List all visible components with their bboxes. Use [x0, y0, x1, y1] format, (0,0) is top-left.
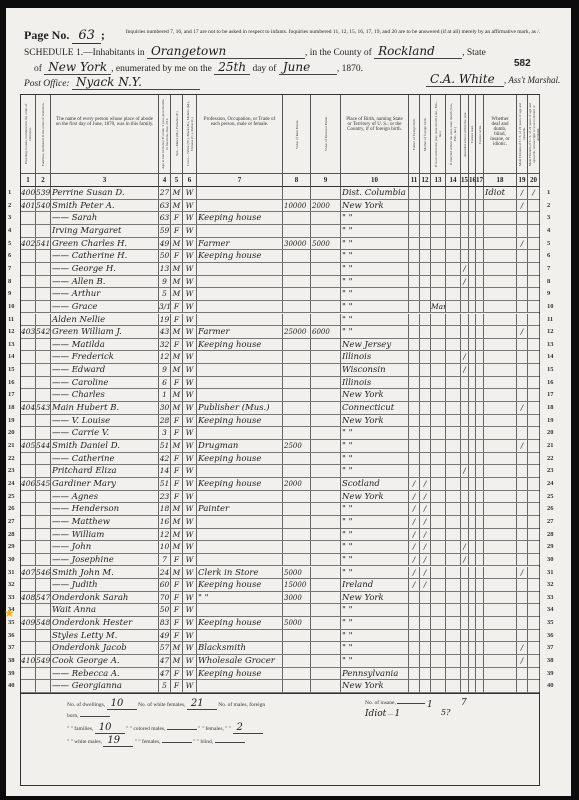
- cell-name: —— Catherine H.: [51, 250, 159, 262]
- cell-c16: [469, 642, 476, 654]
- cell-c16: [469, 238, 476, 250]
- cell-c11: [409, 225, 420, 237]
- marshal-line: C.A. White, Ass't Marshal.: [426, 72, 560, 87]
- cell-c17: [476, 554, 484, 566]
- cell-c14: [446, 440, 461, 452]
- cell-age: 12: [159, 351, 171, 363]
- state-value: New York: [44, 60, 111, 75]
- cell-dwelling: [21, 415, 36, 427]
- cell-c14: [446, 516, 461, 528]
- cell-c13: [431, 579, 446, 591]
- cell-dwelling: [21, 529, 36, 541]
- cell-c18: [484, 351, 517, 363]
- cell-c13: [431, 655, 446, 667]
- cell-c11: [409, 642, 420, 654]
- cell-c15: [461, 604, 469, 616]
- cell-c13: [431, 503, 446, 515]
- cell-c13: [431, 225, 446, 237]
- cell-c11: /: [409, 567, 420, 579]
- column-header-10: Place of Birth, naming State or Territor…: [341, 95, 409, 173]
- cell-sex: F: [171, 377, 183, 389]
- cell-real: 5000: [283, 567, 311, 579]
- table-row: 5402541Green Charles H.49MWFarmer3000050…: [21, 238, 539, 251]
- cell-c19: [517, 630, 528, 642]
- cell-c18: [484, 263, 517, 275]
- cell-dwelling: [21, 516, 36, 528]
- cell-family: 541: [36, 238, 51, 250]
- cell-sex: M: [171, 187, 183, 199]
- cell-occupation: Keeping house: [197, 478, 283, 490]
- cell-c13: [431, 478, 446, 490]
- cell-color: W: [183, 529, 197, 541]
- table-row: 34Wait Anna50FW" "34: [21, 604, 539, 617]
- cell-c11: [409, 351, 420, 363]
- cell-family: [36, 554, 51, 566]
- cell-age: 5: [159, 288, 171, 300]
- cell-c18: [484, 617, 517, 629]
- line-number-right: 39: [547, 668, 554, 680]
- cell-birth: " ": [341, 617, 409, 629]
- cell-real: 3000: [283, 592, 311, 604]
- line-number-left: 24: [8, 478, 15, 490]
- cell-sex: F: [171, 339, 183, 351]
- families-value: 10: [95, 722, 125, 734]
- cell-family: [36, 301, 51, 313]
- table-row: 6—— Catherine H.50FWKeeping house" "6: [21, 250, 539, 263]
- cell-age: 13: [159, 263, 171, 275]
- cell-c19: [517, 377, 528, 389]
- cell-family: [36, 263, 51, 275]
- cell-age: 83: [159, 617, 171, 629]
- line-number-right: 40: [547, 680, 554, 692]
- cell-c20: [528, 238, 540, 250]
- post-office-value: Nyack N.Y.: [72, 75, 200, 90]
- cell-real: [283, 680, 311, 692]
- cell-dwelling: [21, 630, 36, 642]
- line-number-left: 22: [8, 453, 15, 465]
- cell-c13: [431, 453, 446, 465]
- white-males-label: " " white males,: [67, 739, 102, 745]
- cell-family: [36, 377, 51, 389]
- cell-age: 42: [159, 453, 171, 465]
- cell-sex: F: [171, 453, 183, 465]
- cell-birth: " ": [341, 453, 409, 465]
- cell-c16: [469, 541, 476, 553]
- cell-c17: [476, 250, 484, 262]
- cell-c20: [528, 465, 540, 477]
- cell-dwelling: [21, 427, 36, 439]
- column-header-14: If married within the year, state month …: [446, 95, 461, 173]
- cell-c14: [446, 503, 461, 515]
- cell-personal: [311, 351, 341, 363]
- cell-sex: F: [171, 579, 183, 591]
- cell-c14: [446, 680, 461, 692]
- cell-real: [283, 491, 311, 503]
- cell-occupation: [197, 529, 283, 541]
- census-table: Dwelling-houses, numbered in the order o…: [20, 94, 540, 786]
- cell-c17: [476, 364, 484, 376]
- line-number-left: 1: [8, 187, 11, 199]
- column-header-label: Value of Personal Estate.: [324, 99, 328, 169]
- cell-real: 2000: [283, 478, 311, 490]
- table-row: 26—— Henderson18MWPainter" "//26: [21, 503, 539, 516]
- cell-color: W: [183, 541, 197, 553]
- cell-sex: M: [171, 567, 183, 579]
- cell-age: 23: [159, 491, 171, 503]
- cell-c20: [528, 655, 540, 667]
- cell-occupation: [197, 364, 283, 376]
- table-row: 21405544Smith Daniel D.51MWDrugman2500" …: [21, 440, 539, 453]
- column-number-19: 19: [517, 173, 528, 187]
- table-row: 23Pritchard Eliza14FW" "/23: [21, 465, 539, 478]
- cell-c14: [446, 276, 461, 288]
- cell-c20: [528, 314, 540, 326]
- table-row: 27—— Matthew16MW" "//27: [21, 516, 539, 529]
- cell-c20: [528, 212, 540, 224]
- cell-c18: [484, 465, 517, 477]
- cell-c18: [484, 238, 517, 250]
- line-number-left: 26: [8, 503, 15, 515]
- cell-c15: [461, 567, 469, 579]
- cell-personal: [311, 567, 341, 579]
- cell-real: [283, 225, 311, 237]
- cell-family: [36, 604, 51, 616]
- cell-real: [283, 415, 311, 427]
- cell-c14: [446, 465, 461, 477]
- cell-age: 3: [159, 427, 171, 439]
- cell-occupation: [197, 491, 283, 503]
- line-number-right: 2: [547, 200, 550, 212]
- cell-personal: [311, 263, 341, 275]
- colored-males-label: " " colored males,: [126, 726, 165, 732]
- line-number-right: 25: [547, 491, 554, 503]
- cell-c20: [528, 276, 540, 288]
- line-number-right: 8: [547, 276, 550, 288]
- county-label: , in the County of: [305, 48, 372, 58]
- cell-occupation: Publisher (Mus.): [197, 402, 283, 414]
- cell-c18: [484, 415, 517, 427]
- cell-family: [36, 212, 51, 224]
- cell-color: W: [183, 339, 197, 351]
- cell-c15: /: [461, 263, 469, 275]
- cell-color: W: [183, 301, 197, 313]
- cell-real: [283, 339, 311, 351]
- cell-sex: F: [171, 668, 183, 680]
- cell-family: 546: [36, 567, 51, 579]
- cell-c12: [420, 668, 431, 680]
- cell-c11: [409, 630, 420, 642]
- cell-personal: [311, 339, 341, 351]
- cell-c14: [446, 250, 461, 262]
- cell-sex: M: [171, 402, 183, 414]
- cell-name: Green William J.: [51, 326, 159, 338]
- cell-c11: /: [409, 516, 420, 528]
- column-header-label: Whether deaf and dumb, blind, insane, or…: [484, 117, 516, 147]
- cell-real: [283, 541, 311, 553]
- cell-c20: [528, 503, 540, 515]
- cell-family: [36, 516, 51, 528]
- column-header-label: Place of Birth, naming State or Territor…: [341, 117, 408, 132]
- cell-personal: [311, 465, 341, 477]
- cell-c19: /: [517, 326, 528, 338]
- cell-color: W: [183, 478, 197, 490]
- cell-real: [283, 212, 311, 224]
- cell-family: 548: [36, 617, 51, 629]
- cell-c11: [409, 440, 420, 452]
- cell-c11: [409, 389, 420, 401]
- cell-color: W: [183, 377, 197, 389]
- cell-name: —— Matilda: [51, 339, 159, 351]
- dwellings-value: 10: [107, 698, 137, 710]
- cell-birth: Pennsylvania: [341, 668, 409, 680]
- cell-c19: [517, 339, 528, 351]
- column-number-1: 1: [21, 173, 36, 187]
- cell-c13: [431, 630, 446, 642]
- column-number-5: 5: [171, 173, 183, 187]
- cell-c16: [469, 630, 476, 642]
- cell-sex: F: [171, 617, 183, 629]
- table-row: 38410549Cook George A.47MWWholesale Groc…: [21, 655, 539, 668]
- line-number-right: 16: [547, 377, 554, 389]
- cell-occupation: Drugman: [197, 440, 283, 452]
- cell-c14: [446, 314, 461, 326]
- cell-c15: [461, 630, 469, 642]
- cell-age: 47: [159, 655, 171, 667]
- cell-c15: [461, 516, 469, 528]
- cell-color: W: [183, 389, 197, 401]
- column-header-label: Families, numbered in the order of visit…: [41, 99, 45, 169]
- cell-c16: [469, 617, 476, 629]
- cell-name: Wait Anna: [51, 604, 159, 616]
- column-header-label: Color.—White (W.), Black (B.), Mulatto (…: [186, 99, 194, 169]
- table-row: 16—— Caroline6FWIllinois16: [21, 377, 539, 390]
- cell-c15: [461, 187, 469, 199]
- cell-c20: [528, 225, 540, 237]
- line-number-right: 18: [547, 402, 554, 414]
- cell-c16: [469, 250, 476, 262]
- line-number-right: 31: [547, 567, 554, 579]
- cell-occupation: [197, 200, 283, 212]
- cell-personal: [311, 314, 341, 326]
- cell-family: [36, 642, 51, 654]
- cell-c17: [476, 465, 484, 477]
- cell-c16: [469, 604, 476, 616]
- cell-personal: [311, 516, 341, 528]
- cell-c12: [420, 187, 431, 199]
- cell-c17: [476, 440, 484, 452]
- cell-c19: [517, 554, 528, 566]
- line-number-right: 12: [547, 326, 554, 338]
- cell-age: 7: [159, 554, 171, 566]
- cell-c19: [517, 250, 528, 262]
- cell-c19: [517, 453, 528, 465]
- column-header-12: Mother of foreign birth.: [420, 95, 431, 173]
- cell-c14: [446, 567, 461, 579]
- cell-c15: [461, 642, 469, 654]
- cell-name: —— Frederick: [51, 351, 159, 363]
- cell-c11: [409, 364, 420, 376]
- cell-personal: [311, 478, 341, 490]
- cell-c14: [446, 604, 461, 616]
- cell-occupation: [197, 351, 283, 363]
- column-header-7: Profession, Occupation, or Trade of each…: [197, 95, 283, 173]
- cell-birth: " ": [341, 630, 409, 642]
- line-number-left: 2: [8, 200, 11, 212]
- cell-dwelling: 406: [21, 478, 36, 490]
- cell-name: —— Agnes: [51, 491, 159, 503]
- cell-age: 43: [159, 326, 171, 338]
- column-header-18: Whether deaf and dumb, blind, insane, or…: [484, 95, 517, 173]
- cell-c16: [469, 200, 476, 212]
- cell-personal: [311, 503, 341, 515]
- cell-name: —— Georgianna: [51, 680, 159, 692]
- cell-name: Gardiner Mary: [51, 478, 159, 490]
- cell-name: Cook George A.: [51, 655, 159, 667]
- cell-name: —— Edward: [51, 364, 159, 376]
- line-number-left: 5: [8, 238, 11, 250]
- cell-c16: [469, 567, 476, 579]
- cell-color: W: [183, 427, 197, 439]
- cell-sex: F: [171, 680, 183, 692]
- cell-c18: [484, 630, 517, 642]
- column-header-label: If born within the year, state month (Ja…: [434, 99, 442, 169]
- cell-family: [36, 680, 51, 692]
- cell-personal: [311, 415, 341, 427]
- tally-col-15: 7: [461, 698, 467, 708]
- cell-c20: [528, 415, 540, 427]
- cell-sex: M: [171, 263, 183, 275]
- line-number-right: 19: [547, 415, 554, 427]
- line-number-right: 37: [547, 642, 554, 654]
- cell-c16: [469, 655, 476, 667]
- table-row: 10—— Grace3/12FW" "March10: [21, 301, 539, 314]
- line-number-left: 29: [8, 541, 15, 553]
- cell-c16: [469, 427, 476, 439]
- cell-c17: [476, 668, 484, 680]
- cell-c20: [528, 288, 540, 300]
- cell-c19: [517, 503, 528, 515]
- column-header-2: Families, numbered in the order of visit…: [36, 95, 51, 173]
- cell-dwelling: [21, 491, 36, 503]
- cell-real: [283, 364, 311, 376]
- cell-family: [36, 364, 51, 376]
- cell-personal: [311, 604, 341, 616]
- cell-personal: [311, 642, 341, 654]
- cell-c16: [469, 263, 476, 275]
- cell-birth: Illinois: [341, 377, 409, 389]
- cell-birth: Wisconsin: [341, 364, 409, 376]
- enumeration-line: of New York, enumerated by me on the 25t…: [34, 60, 363, 75]
- line-number-left: 27: [8, 516, 15, 528]
- line-number-right: 13: [547, 339, 554, 351]
- table-row: 31407546Smith John M.24MWClerk in Store5…: [21, 567, 539, 580]
- schedule-line: SCHEDULE 1.—Inhabitants in Orangetown, i…: [24, 44, 486, 59]
- line-number-right: 10: [547, 301, 554, 313]
- table-row: 1400539Perrine Susan D.27MWDist. Columbi…: [21, 187, 539, 200]
- column-header-label: Attended school within the year.: [463, 99, 467, 169]
- column-number-4: 4: [159, 173, 171, 187]
- cell-c12: [420, 250, 431, 262]
- column-header-label: Male Citizens of U. S. of 21 years of ag…: [528, 99, 540, 169]
- cell-dwelling: [21, 541, 36, 553]
- colored-females-label: " " females,: [135, 739, 161, 745]
- column-header-4: Age at last birth-day. If under 1 year, …: [159, 95, 171, 173]
- cell-family: [36, 453, 51, 465]
- cell-personal: [311, 453, 341, 465]
- cell-real: [283, 453, 311, 465]
- table-row: 12403542Green William J.43MWFarmer250006…: [21, 326, 539, 339]
- cell-c14: [446, 592, 461, 604]
- cell-c16: [469, 389, 476, 401]
- cell-personal: [311, 668, 341, 680]
- line-number-left: 14: [8, 351, 15, 363]
- cell-c12: [420, 453, 431, 465]
- cell-c11: /: [409, 478, 420, 490]
- cell-c11: [409, 680, 420, 692]
- cell-c17: [476, 377, 484, 389]
- line-number-right: 38: [547, 655, 554, 667]
- cell-c16: [469, 225, 476, 237]
- cell-birth: New York: [341, 389, 409, 401]
- cell-real: 15000: [283, 579, 311, 591]
- cell-c19: [517, 465, 528, 477]
- cell-name: Perrine Susan D.: [51, 187, 159, 199]
- day-value: 25th: [214, 60, 250, 75]
- cell-occupation: Keeping house: [197, 212, 283, 224]
- cell-personal: 6000: [311, 326, 341, 338]
- cell-c13: [431, 351, 446, 363]
- line-number-left: 12: [8, 326, 15, 338]
- cell-c13: March: [431, 301, 446, 313]
- cell-color: W: [183, 630, 197, 642]
- cell-c11: [409, 465, 420, 477]
- cell-c14: [446, 668, 461, 680]
- cell-c18: [484, 377, 517, 389]
- cell-c12: [420, 238, 431, 250]
- foreign-males-value: [80, 716, 110, 717]
- cell-personal: [311, 187, 341, 199]
- cell-personal: [311, 250, 341, 262]
- cell-name: —— Josephine: [51, 554, 159, 566]
- cell-name: Main Hubert B.: [51, 402, 159, 414]
- foreign-females-value: 2: [233, 722, 263, 734]
- cell-c15: [461, 212, 469, 224]
- cell-c14: [446, 389, 461, 401]
- table-row: 14—— Frederick12MWIllinois/14: [21, 351, 539, 364]
- marshal-signature: C.A. White: [426, 72, 504, 87]
- cell-name: Green Charles H.: [51, 238, 159, 250]
- cell-birth: " ": [341, 567, 409, 579]
- summary-counts: No. of dwellings, 10 No. of white female…: [67, 698, 267, 748]
- line-number-left: 19: [8, 415, 15, 427]
- cell-c11: [409, 212, 420, 224]
- of-label: of: [34, 64, 42, 74]
- dwellings-label: No. of dwellings,: [67, 702, 105, 708]
- line-number-left: 3: [8, 212, 11, 224]
- table-row: 20—— Carrie V.3FW" "20: [21, 427, 539, 440]
- summary-section: No. of dwellings, 10 No. of white female…: [21, 693, 539, 734]
- cell-c14: [446, 187, 461, 199]
- line-number-right: 33: [547, 592, 554, 604]
- cell-c19: /: [517, 440, 528, 452]
- cell-name: Onderdonk Sarah: [51, 592, 159, 604]
- cell-c17: [476, 579, 484, 591]
- cell-sex: F: [171, 554, 183, 566]
- cell-c16: [469, 187, 476, 199]
- cell-c18: [484, 491, 517, 503]
- cell-family: [36, 351, 51, 363]
- cell-c14: [446, 339, 461, 351]
